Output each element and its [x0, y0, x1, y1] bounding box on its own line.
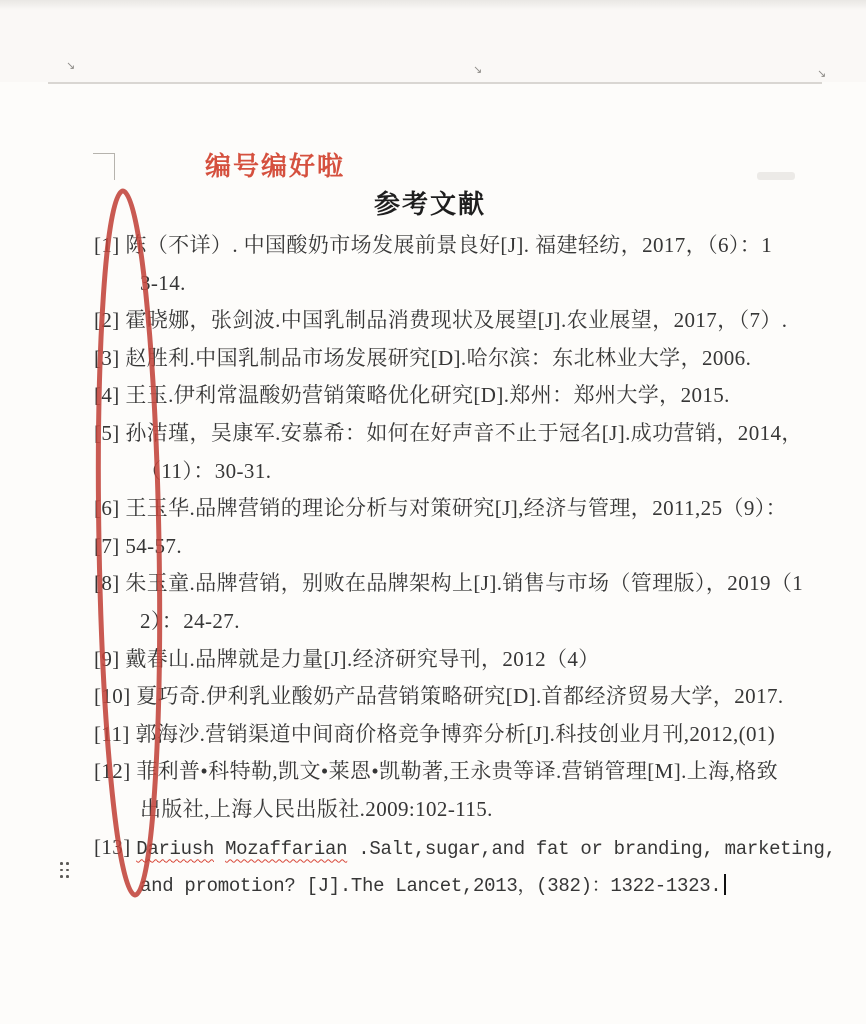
references-list[interactable]: [1] 陈（不详）. 中国酸奶市场发展前景良好[J]. 福建轻纺，2017，（6…	[94, 227, 809, 904]
reference-line[interactable]: [10] 夏巧奇.伊利乳业酸奶产品营销策略研究[D].首都经济贸易大学，2017…	[94, 678, 809, 716]
reference-line[interactable]: [1] 陈（不详）. 中国酸奶市场发展前景良好[J]. 福建轻纺，2017，（6…	[94, 227, 809, 265]
photo-top-shadow	[0, 0, 866, 10]
margin-marker-icon: ↘	[473, 64, 482, 75]
reference-line[interactable]: [9] 戴春山.品牌就是力量[J].经济研究导刊，2012（4）	[94, 641, 809, 679]
photo-artifact	[757, 172, 795, 180]
reference-line[interactable]: [7] 54-57.	[94, 528, 809, 566]
reference-line[interactable]: [4] 王玉.伊利常温酸奶营销策略优化研究[D].郑州：郑州大学，2015.	[94, 377, 809, 415]
reference-line[interactable]: [2] 霍晓娜，张剑波.中国乳制品消费现状及展望[J].农业展望，2017，（7…	[94, 302, 809, 340]
page-top-edge	[48, 82, 822, 84]
reference-line[interactable]: [11] 郭海沙.营销渠道中间商价格竞争博弈分析[J].科技创业月刊,2012,…	[94, 716, 809, 754]
reference-text-en: .Salt,sugar,and fat or branding, marketi…	[347, 838, 835, 860]
text-cursor	[724, 874, 726, 895]
page-margin-area	[0, 0, 866, 82]
reference-line[interactable]: 3-14.	[94, 265, 809, 303]
drag-handle-icon[interactable]	[59, 860, 70, 880]
reference-line[interactable]: and promotion? [J].The Lancet,2013，(382)…	[94, 866, 809, 904]
reference-line[interactable]: [12] 菲利普•科特勒,凯文•莱恩•凯勒著,王永贵等译.营销管理[M].上海,…	[94, 753, 809, 791]
margin-marker-icon: ↘	[66, 60, 75, 71]
reference-line[interactable]: 出版社,上海人民出版社.2009:102-115.	[94, 791, 809, 829]
document-page: ↘ ↘ ↘ 编号编好啦 参考文献 [1] 陈（不详）. 中国酸奶市场发展前景良好…	[0, 0, 866, 1024]
reviewer-note: 编号编好啦	[205, 146, 345, 183]
reference-line[interactable]: [5] 孙洁瑾，吴康军.安慕希：如何在好声音不止于冠名[J].成功营销，2014…	[94, 415, 809, 453]
reference-text-en: and promotion? [J].The Lancet,2013，(382)…	[140, 875, 721, 897]
reference-line[interactable]: （11）：30-31.	[94, 453, 809, 491]
reference-number: [13]	[94, 835, 136, 859]
reference-line[interactable]: [13] Dariush Mozaffarian .Salt,sugar,and…	[94, 829, 809, 867]
reference-line[interactable]: 2）：24-27.	[94, 603, 809, 641]
misspelled-word[interactable]: Dariush	[136, 838, 214, 860]
text-boundary-corner-mark	[93, 153, 115, 180]
page-title[interactable]: 参考文献	[0, 184, 860, 221]
reference-line[interactable]: [3] 赵胜利.中国乳制品市场发展研究[D].哈尔滨：东北林业大学，2006.	[94, 340, 809, 378]
reference-line[interactable]: [8] 朱玉童.品牌营销，别败在品牌架构上[J].销售与市场（管理版），2019…	[94, 565, 809, 603]
reference-line[interactable]: [6] 王玉华.品牌营销的理论分析与对策研究[J],经济与管理，2011,25（…	[94, 490, 809, 528]
margin-marker-icon: ↘	[817, 68, 826, 79]
misspelled-word[interactable]: Mozaffarian	[225, 838, 347, 860]
